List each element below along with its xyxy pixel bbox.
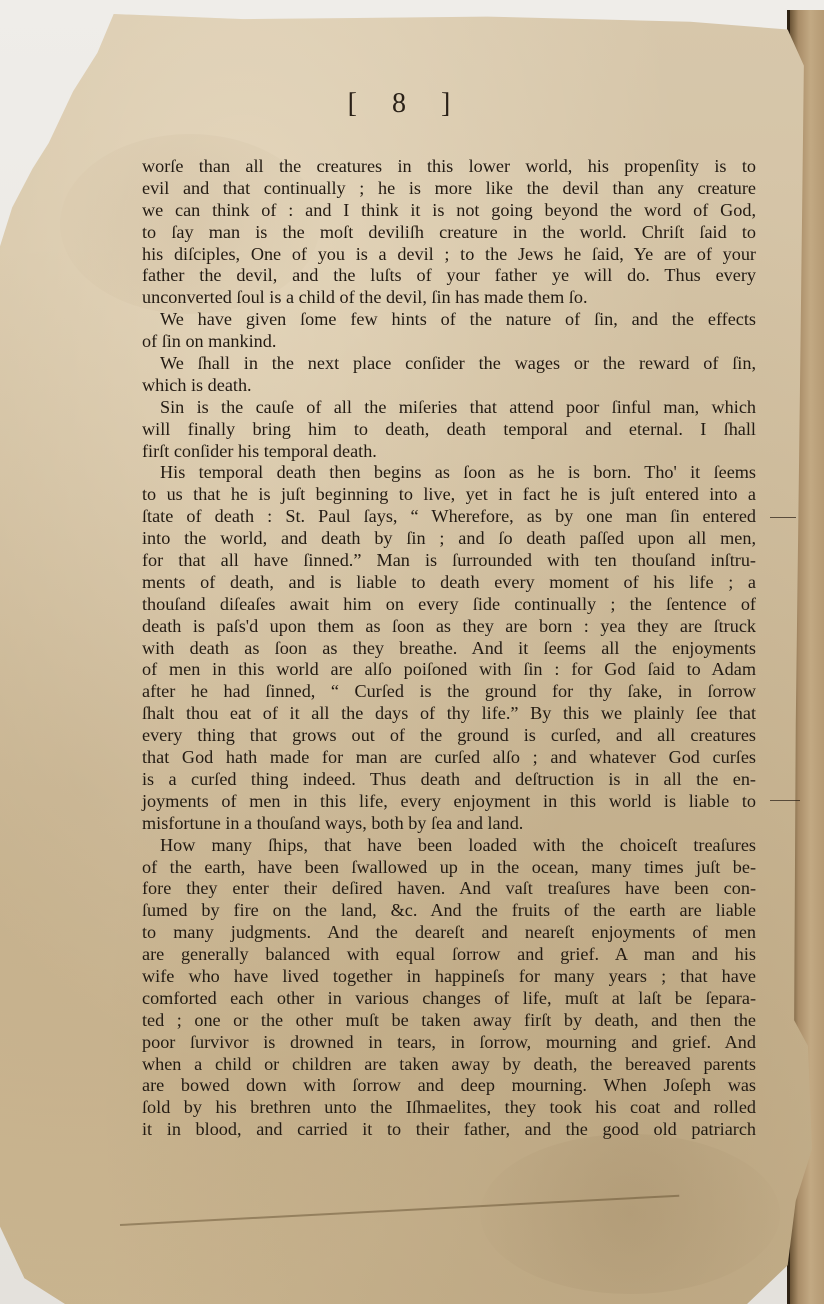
text-line: when a child or children are taken away …	[142, 1054, 756, 1076]
text-line: to ſay man is the moſt deviliſh creature…	[142, 222, 756, 244]
paper-crease	[120, 1195, 679, 1226]
text-line: of the earth, have been ſwallowed up in …	[142, 857, 756, 879]
paper-stain	[480, 1134, 780, 1294]
text-line: unconverted ſoul is a child of the devil…	[142, 287, 756, 309]
text-line: comforted each other in various changes …	[142, 988, 756, 1010]
text-line: into the world, and death by ſin ; and ſ…	[142, 528, 756, 550]
text-line: will finally bring him to death, death t…	[142, 419, 756, 441]
body-text: worſe than all the creatures in this low…	[142, 156, 756, 1141]
text-line: after he had ſinned, “ Curſed is the gro…	[142, 681, 756, 703]
text-line: to many judgments. And the deareſt and n…	[142, 922, 756, 944]
text-line: evil and that continually ; he is more l…	[142, 178, 756, 200]
text-line: His temporal death then begins as ſoon a…	[142, 462, 756, 484]
text-line: with death as ſoon as they breathe. And …	[142, 638, 756, 660]
text-line: of ſin on mankind.	[142, 331, 756, 353]
text-line: death is paſs'd upon them as ſoon as the…	[142, 616, 756, 638]
text-line: that God hath made for man are curſed al…	[142, 747, 756, 769]
text-line: joyments of men in this life, every enjo…	[142, 791, 756, 813]
text-line: Sin is the cauſe of all the miſeries tha…	[142, 397, 756, 419]
text-line: How many ſhips, that have been loaded wi…	[142, 835, 756, 857]
text-line: it in blood, and carried it to their fat…	[142, 1119, 756, 1141]
text-line: firſt conſider his temporal death.	[142, 441, 756, 463]
text-line: We ſhall in the next place conſider the …	[142, 353, 756, 375]
text-line: poor ſurvivor is drowned in tears, in ſo…	[142, 1032, 756, 1054]
text-line: ſhalt thou eat of it all the days of thy…	[142, 703, 756, 725]
text-line: ſumed by fire on the land, &c. And the f…	[142, 900, 756, 922]
text-line: worſe than all the creatures in this low…	[142, 156, 756, 178]
text-line: ments of death, and is liable to death e…	[142, 572, 756, 594]
margin-mark	[770, 800, 800, 801]
text-line: fore they enter their deſired haven. And…	[142, 878, 756, 900]
text-line: ted ; one or the other muſt be taken awa…	[142, 1010, 756, 1032]
text-line: to us that he is juſt beginning to live,…	[142, 484, 756, 506]
text-line: his diſciples, One of you is a devil ; t…	[142, 244, 756, 266]
text-line: which is death.	[142, 375, 756, 397]
text-line: We have given ſome few hints of the natu…	[142, 309, 756, 331]
text-line: father the devil, and the luſts of your …	[142, 265, 756, 287]
page-number: [ 8 ]	[0, 88, 812, 120]
text-line: is a curſed thing indeed. Thus death and…	[142, 769, 756, 791]
text-line: wife who have lived together in happineſ…	[142, 966, 756, 988]
text-line: for that all have ſinned.” Man is ſurrou…	[142, 550, 756, 572]
text-line: misfortune in a thouſand ways, both by ſ…	[142, 813, 756, 835]
text-line: ſold by his brethren unto the Iſhmaelite…	[142, 1097, 756, 1119]
text-line: thouſand diſeaſes await him on every ſid…	[142, 594, 756, 616]
text-line: ſtate of death : St. Paul ſays, “ Wheref…	[142, 506, 756, 528]
margin-mark	[770, 517, 796, 518]
text-line: are generally balanced with equal ſorrow…	[142, 944, 756, 966]
text-line: are bowed down with ſorrow and deep mour…	[142, 1075, 756, 1097]
text-line: we can think of : and I think it is not …	[142, 200, 756, 222]
text-line: of men in this world are alſo poiſoned w…	[142, 659, 756, 681]
text-line: every thing that grows out of the ground…	[142, 725, 756, 747]
